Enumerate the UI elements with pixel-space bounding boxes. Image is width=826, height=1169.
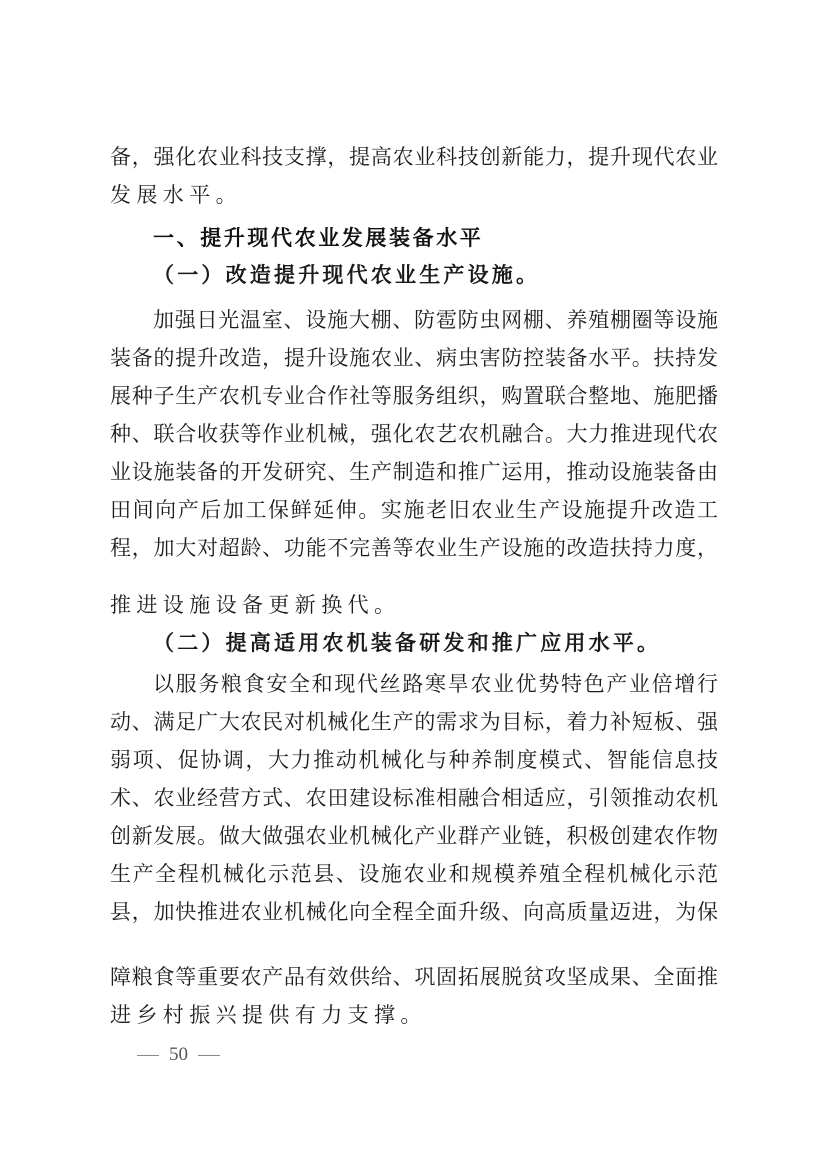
body-text-line: 弱项、促协调，大力推动机械化与种养制度模式、智能信息技	[110, 745, 718, 775]
subsection-heading: （二）提高适用农机装备研发和推广应用水平。	[153, 628, 718, 658]
document-page: 备，强化农业科技支撑，提高农业科技创新能力，提升现代农业 发展水平。 一、提升现…	[0, 0, 826, 1169]
section-heading: 一、提升现代农业发展装备水平	[153, 223, 718, 253]
body-text-line: 田间向产后加工保鲜延伸。实施老旧农业生产设施提升改造工	[110, 495, 718, 525]
body-text-line: 备，强化农业科技支撑，提高农业科技创新能力，提升现代农业	[110, 142, 718, 172]
body-text-line: 动、满足广大农民对机械化生产的需求为目标，着力补短板、强	[110, 707, 718, 737]
paragraph-first-line: 以服务粮食安全和现代丝路寒旱农业优势特色产业倍增行	[153, 669, 718, 699]
page-number-dash-right	[198, 1055, 220, 1056]
body-text-line: 装备的提升改造，提升设施农业、病虫害防控装备水平。扶持发	[110, 343, 718, 373]
body-text-line: 进乡村振兴提供有力支撑。	[110, 1000, 718, 1030]
body-text-line: 障粮食等重要农产品有效供给、巩固拓展脱贫攻坚成果、全面推	[110, 962, 718, 992]
body-text-line: 推进设施设备更新换代。	[110, 590, 718, 620]
page-number-dash-left	[137, 1055, 159, 1056]
body-text-line: 术、农业经营方式、农田建设标准相融合相适应，引领推动农机	[110, 783, 718, 813]
body-text-line: 县，加快推进农业机械化向全程全面升级、向高质量迈进，为保	[110, 897, 718, 927]
subsection-heading: （一）改造提升现代农业生产设施。	[153, 260, 718, 290]
paragraph-first-line: 加强日光温室、设施大棚、防雹防虫网棚、养殖棚圈等设施	[153, 305, 718, 335]
body-text-line: 创新发展。做大做强农业机械化产业群产业链，积极创建农作物	[110, 821, 718, 851]
body-text-line: 展种子生产农机专业合作社等服务组织，购置联合整地、施肥播	[110, 381, 718, 411]
body-text-line: 发展水平。	[110, 180, 718, 210]
body-text-line: 种、联合收获等作业机械，强化农艺农机融合。大力推进现代农	[110, 419, 718, 449]
page-number: 50	[127, 1043, 230, 1067]
body-text-line: 业设施装备的开发研究、生产制造和推广运用，推动设施装备由	[110, 457, 718, 487]
page-number-value: 50	[169, 1044, 188, 1065]
body-text-line: 程，加大对超龄、功能不完善等农业生产设施的改造扶持力度，	[110, 533, 718, 563]
body-text-line: 生产全程机械化示范县、设施农业和规模养殖全程机械化示范	[110, 859, 718, 889]
